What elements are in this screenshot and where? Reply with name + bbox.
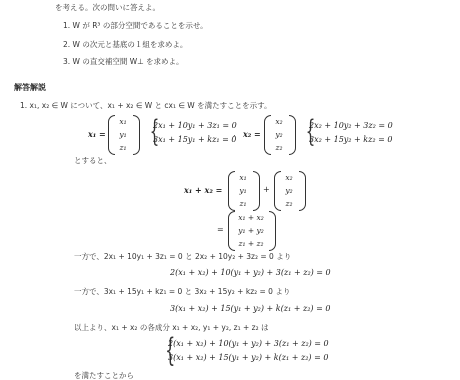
vector-entry: y₂: [278, 184, 300, 197]
right-paren: [133, 115, 140, 155]
equation: 3x₂ + 15y₂ + kz₂ = 0: [309, 133, 393, 147]
vector-entry: x₁: [232, 171, 254, 184]
vector-entry: z₂: [278, 197, 300, 210]
vector-entry: y₁: [232, 184, 254, 197]
right-paren: [289, 115, 296, 155]
question-3: 3. W の直交補空間 W⊥ を求めよ。: [63, 56, 184, 67]
x2-vector: x₂ y₂ z₂: [268, 115, 290, 154]
equation: 2x₁ + 10y₁ + 3z₁ = 0: [153, 119, 237, 133]
equation-a: 2(x₁ + x₂) + 10(y₁ + y₂) + 3(z₁ + z₂) = …: [170, 268, 331, 277]
vector-entry: z₁ + z₂: [232, 237, 270, 250]
equation: 2(x₁ + x₂) + 10(y₁ + y₂) + 3(z₁ + z₂) = …: [168, 337, 329, 351]
line-b: 一方で、3x₁ + 15y₁ + kz₁ = 0 と 3x₂ + 15y₂ + …: [74, 286, 290, 297]
x2-system: 2x₂ + 10y₂ + 3z₂ = 0 3x₂ + 15y₂ + kz₂ = …: [309, 119, 393, 147]
equation-b: 3(x₁ + x₂) + 15(y₁ + y₂) + k(z₁ + z₂) = …: [170, 304, 330, 313]
question-1: 1. W が R³ の部分空間であることを示せ。: [63, 20, 208, 31]
x1-vector: x₁ y₁ z₁: [232, 171, 254, 210]
question-2: 2. W の次元と基底の１組を求めよ。: [63, 39, 187, 50]
vector-entry: y₁ + y₂: [232, 224, 270, 237]
right-paren: [269, 211, 276, 251]
equation: 3(x₁ + x₂) + 15(y₁ + y₂) + k(z₁ + z₂) = …: [168, 351, 329, 365]
x1-label: x₁ =: [88, 129, 106, 139]
sum-label: x₁ + x₂ =: [184, 185, 222, 195]
vector-entry: x₁ + x₂: [232, 211, 270, 224]
vector-entry: x₂: [278, 171, 300, 184]
then-text: とすると、: [74, 155, 112, 166]
step-1-text: 1. x₁, x₂ ∈ W について、x₁ + x₂ ∈ W と cx₁ ∈ W…: [20, 100, 272, 111]
comma: ,: [233, 129, 236, 138]
final-system: 2(x₁ + x₂) + 10(y₁ + y₂) + 3(z₁ + z₂) = …: [168, 337, 329, 365]
intro-text: を考える。次の問いに答えよ。: [55, 2, 160, 13]
vector-entry: z₂: [268, 141, 290, 154]
equation: 3x₁ + 15y₁ + kz₁ = 0: [153, 133, 237, 147]
x1-system: 2x₁ + 10y₁ + 3z₁ = 0 3x₁ + 15y₁ + kz₁ = …: [153, 119, 237, 147]
vector-entry: z₁: [232, 197, 254, 210]
right-paren: [299, 171, 306, 211]
vector-entry: x₁: [112, 115, 134, 128]
vector-entry: x₂: [268, 115, 290, 128]
equals-sign: =: [217, 225, 224, 234]
x2-vector: x₂ y₂ z₂: [278, 171, 300, 210]
vector-entry: y₁: [112, 128, 134, 141]
equation: 2x₂ + 10y₂ + 3z₂ = 0: [309, 119, 393, 133]
right-paren: [253, 171, 260, 211]
solution-heading: 解答解説: [14, 82, 46, 93]
line-a: 一方で、2x₁ + 10y₁ + 3z₁ = 0 と 2x₂ + 10y₂ + …: [74, 251, 291, 262]
plus-sign: +: [263, 185, 270, 194]
vector-entry: z₁: [112, 141, 134, 154]
closing-text: を満たすことから: [74, 370, 134, 380]
x2-label: x₂ =: [243, 129, 261, 139]
x1-vector: x₁ y₁ z₁: [112, 115, 134, 154]
sum-vector: x₁ + x₂ y₁ + y₂ z₁ + z₂: [232, 211, 270, 250]
vector-entry: y₂: [268, 128, 290, 141]
